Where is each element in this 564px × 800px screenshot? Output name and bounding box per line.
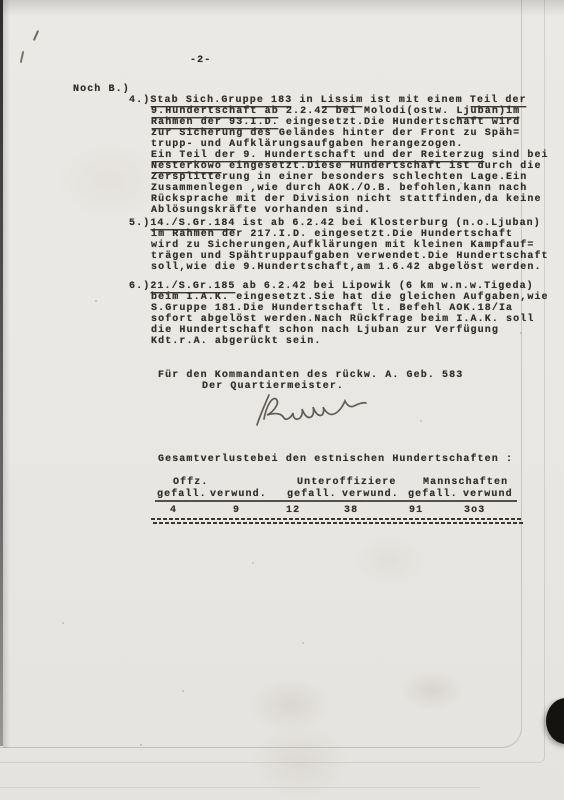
cell-value: 3o3 bbox=[464, 505, 485, 516]
paper-bottom-edge bbox=[0, 787, 480, 788]
table-header-rule bbox=[155, 500, 517, 502]
casualties-table: Offz. Unteroffiziere Mannschaften gefall… bbox=[0, 0, 564, 540]
group-header: Unteroffiziere bbox=[297, 477, 396, 488]
cell-value: 38 bbox=[344, 505, 358, 516]
col-header: gefall. bbox=[157, 489, 207, 500]
table-bottom-rule bbox=[151, 518, 523, 526]
col-header: verwund. bbox=[210, 489, 267, 500]
cell-value: 9 bbox=[233, 505, 240, 516]
col-header: gefall. bbox=[408, 489, 458, 500]
scanned-document-page: -2- Noch B.) 4.)Stab Sich.Gruppe 183 in … bbox=[0, 0, 564, 800]
cell-value: 12 bbox=[286, 505, 300, 516]
col-header: verwund bbox=[463, 489, 513, 500]
cell-value: 91 bbox=[409, 505, 423, 516]
ink-blot bbox=[546, 698, 564, 744]
group-header: Mannschaften bbox=[423, 477, 508, 488]
col-header: verwund. bbox=[342, 489, 399, 500]
col-header: gefall. bbox=[287, 489, 337, 500]
cell-value: 4 bbox=[170, 505, 177, 516]
group-header: Offz. bbox=[173, 477, 209, 488]
